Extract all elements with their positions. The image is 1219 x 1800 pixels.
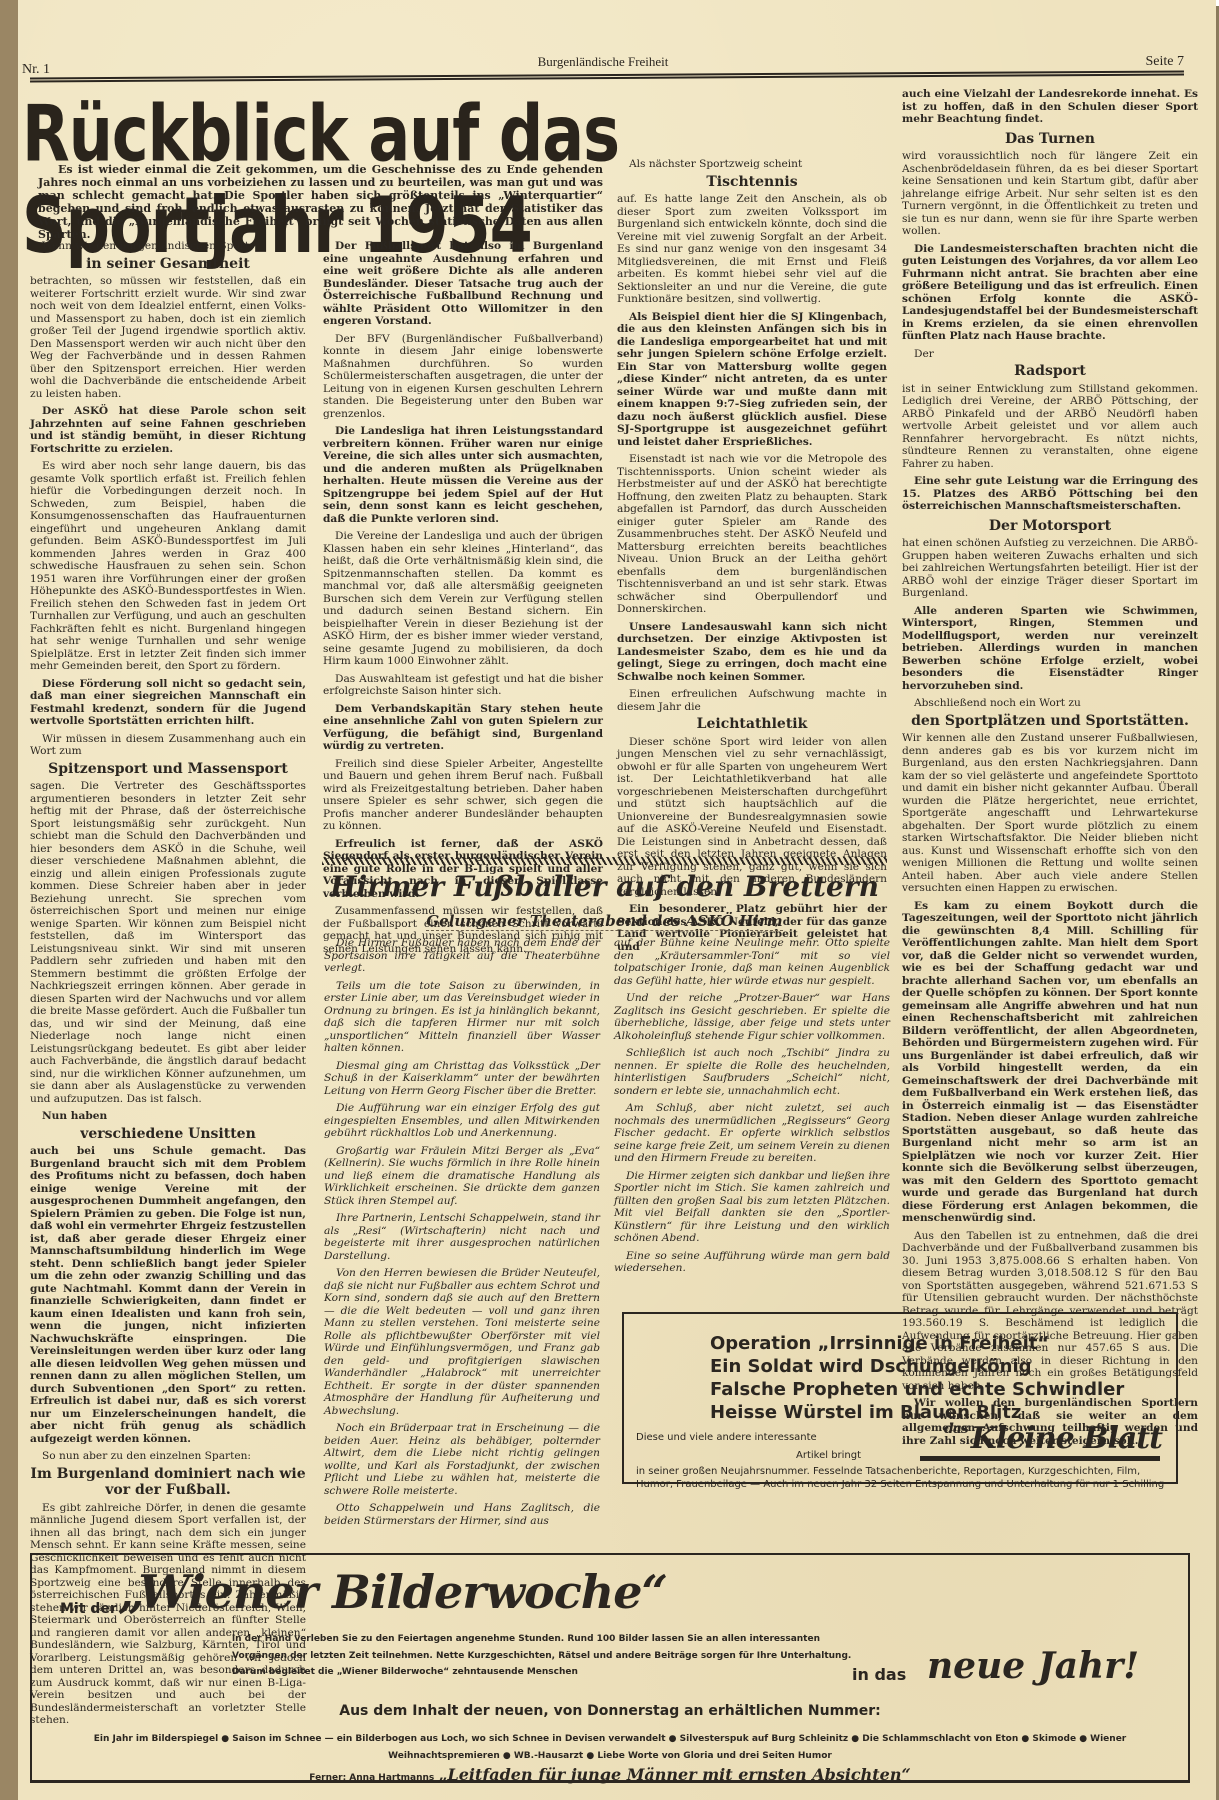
paragraph: Es wird aber noch sehr lange dauern, bis… xyxy=(30,460,306,673)
bilderwoche-title: „Wiener Bilderwoche“ xyxy=(118,1565,667,1619)
paragraph: Die Hirmer Fußballer haben nach dem Ende… xyxy=(324,937,600,975)
paragraph: auch eine Vielzahl der Landesrekorde inn… xyxy=(902,88,1198,126)
paragraph: Von den Herren bewiesen die Brüder Neute… xyxy=(324,1267,600,1417)
section-heading: Der Motorsport xyxy=(902,518,1198,535)
paper-name: Burgenländische Freiheit xyxy=(22,54,1184,70)
ad-ferner-label: Ferner: Anna Hartmanns xyxy=(309,1773,434,1783)
lead-text: Nun haben xyxy=(30,1110,306,1123)
paragraph: Wir kennen alle den Zustand unserer Fußb… xyxy=(902,732,1198,895)
logo-underline xyxy=(920,1456,1160,1461)
article-column-1: Wenn wir den burgenländischen Sport in s… xyxy=(30,240,306,1732)
paragraph: Am Schluß, aber nicht zuletzt, sei auch … xyxy=(614,1102,890,1165)
lead-text: So nun aber zu den einzelnen Sparten: xyxy=(30,1450,306,1463)
paragraph: auf. Es hatte lange Zeit den Anschein, a… xyxy=(617,193,887,306)
section-heading: in seiner Gesamtheit xyxy=(30,256,306,273)
paragraph: Eisenstadt ist nach wie vor die Metropol… xyxy=(617,453,887,616)
hirmer-subheadline: Gelungener Theaterabend des ASKÖ Hirm xyxy=(322,912,887,930)
scan-binding-edge xyxy=(0,0,18,1800)
paragraph: Ihre Partnerin, Lentschi Schappelwein, s… xyxy=(324,1212,600,1262)
kleine-blatt-logo: dasKleine Blatt xyxy=(944,1421,1162,1456)
lead-text: Abschließend noch ein Wort zu xyxy=(902,697,1198,710)
paragraph: Schließlich ist auch noch „Tschibi“ Jind… xyxy=(614,1047,890,1097)
section-heading: Im Burgenland dominiert nach wie vor der… xyxy=(30,1466,306,1499)
article-column-4: auch eine Vielzahl der Landesrekorde inn… xyxy=(902,88,1198,1452)
article-intro: Es ist wieder einmal die Zeit gekommen, … xyxy=(38,164,603,242)
paragraph: Als Beispiel dient hier die SJ Klingenba… xyxy=(617,311,887,449)
kleine-blatt-advertisement: Operation „Irrsinnige in Freiheit“ Ein S… xyxy=(622,1312,1178,1484)
paragraph: Es kam zu einem Boykott durch die Tagesz… xyxy=(902,900,1198,1225)
ad-body: in seiner großen Neujahrsnummer. Fesseln… xyxy=(636,1465,1166,1491)
paragraph: Teils um die tote Saison zu überwinden, … xyxy=(324,980,600,1055)
ad-headlines: Operation „Irrsinnige in Freiheit“ Ein S… xyxy=(710,1332,1124,1424)
paragraph: Eine so seine Aufführung würde man gern … xyxy=(614,1250,890,1275)
lead-text: Wir müssen in diesem Zusammenhang auch e… xyxy=(30,733,306,758)
paragraph: betrachten, so müssen wir feststellen, d… xyxy=(30,275,306,400)
paragraph: Diesmal ging am Christtag das Volksstück… xyxy=(324,1060,600,1098)
page-number: Seite 7 xyxy=(1146,54,1185,70)
paragraph: Die Vereine der Landesliga und auch der … xyxy=(323,530,603,668)
lead-text: Als nächster Sportzweig scheint xyxy=(617,158,887,171)
article-column-3: Als nächster Sportzweig scheint Tischten… xyxy=(617,158,887,958)
ad-headline: Ein Soldat wird Dschungelkönig xyxy=(710,1355,1124,1378)
lead-text: Wenn wir den burgenländischen Sport xyxy=(30,240,306,253)
hirmer-headline: Hirmer Fußballer auf den Brettern xyxy=(322,870,887,903)
logo-prefix: das xyxy=(944,1421,968,1437)
ad-lead: Diese und viele andere interessante xyxy=(636,1432,817,1443)
paragraph: Und der reiche „Protzer-Bauer“ war Hans … xyxy=(614,992,890,1042)
paragraph: Otto Schappelwein und Hans Zaglitsch, di… xyxy=(324,1502,600,1527)
article-column-2: Der Fußballsport hat also im Burgenland … xyxy=(323,240,603,960)
hirmer-column-2: auf der Bühne keine Neulinge mehr. Otto … xyxy=(614,937,890,1280)
logo-text: Kleine Blatt xyxy=(971,1421,1162,1456)
ad-mit-der: Mit der xyxy=(60,1601,117,1617)
paragraph: Die Aufführung war ein einziger Erfolg d… xyxy=(324,1102,600,1140)
paragraph: hat einen schönen Aufstieg zu verzeichne… xyxy=(902,537,1198,600)
paragraph: Dem Verbandskapitän Stary stehen heute e… xyxy=(323,703,603,753)
zigzag-divider xyxy=(322,857,887,865)
paragraph: Das Auswahlteam ist gefestigt und hat di… xyxy=(323,673,603,698)
ad-ferner-title: „Leitfaden für junge Männer mit ernsten … xyxy=(438,1765,910,1784)
paragraph: wird voraussichtlich noch für längere Ze… xyxy=(902,150,1198,238)
section-heading: verschiedene Unsitten xyxy=(30,1126,306,1143)
paragraph: Alle anderen Sparten wie Schwimmen, Wint… xyxy=(902,605,1198,693)
ad-in-das: in das xyxy=(852,1665,906,1684)
ad-lead-2: Artikel bringt xyxy=(796,1450,861,1461)
wiener-bilderwoche-advertisement: Mit der „Wiener Bilderwoche“ in der Hand… xyxy=(30,1553,1190,1783)
section-heading: Das Turnen xyxy=(902,131,1198,148)
ad-text: in der Hand verleben Sie zu den Feiertag… xyxy=(232,1631,852,1681)
paragraph: auf der Bühne keine Neulinge mehr. Otto … xyxy=(614,937,890,987)
paragraph: Eine sehr gute Leistung war die Erringun… xyxy=(902,475,1198,513)
section-heading: den Sportplätzen und Sportstätten. xyxy=(902,713,1198,730)
section-heading: Radsport xyxy=(902,363,1198,380)
paragraph: Großartig war Fräulein Mitzi Berger als … xyxy=(324,1145,600,1208)
section-heading: Tischtennis xyxy=(617,174,887,191)
paragraph: auch bei uns Schule gemacht. Das Burgenl… xyxy=(30,1145,306,1445)
paragraph: Freilich sind diese Spieler Arbeiter, An… xyxy=(323,758,603,833)
lead-text: Einen erfreulichen Aufschwung machte in … xyxy=(617,688,887,713)
ad-contents-list: Ein Jahr im Bilderspiegel ● Saison im Sc… xyxy=(46,1731,1174,1765)
paragraph: Noch ein Brüderpaar trat in Erscheinung … xyxy=(324,1422,600,1497)
paragraph: Der ASKÖ hat diese Parole schon seit Jah… xyxy=(30,405,306,455)
section-heading: Spitzensport und Massensport xyxy=(30,761,306,778)
ad-headline: Falsche Propheten und echte Schwindler xyxy=(710,1378,1124,1401)
ad-neue-jahr: neue Jahr! xyxy=(927,1645,1139,1687)
paragraph: ist in seiner Entwicklung zum Stillstand… xyxy=(902,383,1198,471)
hirmer-column-1: Die Hirmer Fußballer haben nach dem Ende… xyxy=(324,937,600,1532)
ad-contents-heading: Aus dem Inhalt der neuen, von Donnerstag… xyxy=(32,1703,1188,1719)
paragraph: Diese Förderung soll nicht so gedacht se… xyxy=(30,678,306,728)
hirmer-subheadline-text: Gelungener Theaterabend des ASKÖ Hirm xyxy=(426,912,782,931)
paragraph: Die Hirmer zeigten sich dankbar und ließ… xyxy=(614,1170,890,1245)
lead-text: Der xyxy=(902,348,1198,361)
paragraph: Der Fußballsport hat also im Burgenland … xyxy=(323,240,603,328)
ad-ferner: Ferner: Anna Hartmanns„Leitfaden für jun… xyxy=(32,1765,1188,1784)
ad-headline: Operation „Irrsinnige in Freiheit“ xyxy=(710,1332,1124,1355)
paragraph: Der BFV (Burgenländischer Fußballverband… xyxy=(323,333,603,421)
paragraph: Die Landesmeisterschaften brachten nicht… xyxy=(902,243,1198,343)
paragraph: Unsere Landesauswahl kann sich nicht dur… xyxy=(617,621,887,684)
paragraph: Die Landesliga hat ihren Leistungsstanda… xyxy=(323,425,603,525)
section-heading: Leichtathletik xyxy=(617,716,887,733)
paragraph: sagen. Die Vertreter des Geschäftssporte… xyxy=(30,780,306,1105)
